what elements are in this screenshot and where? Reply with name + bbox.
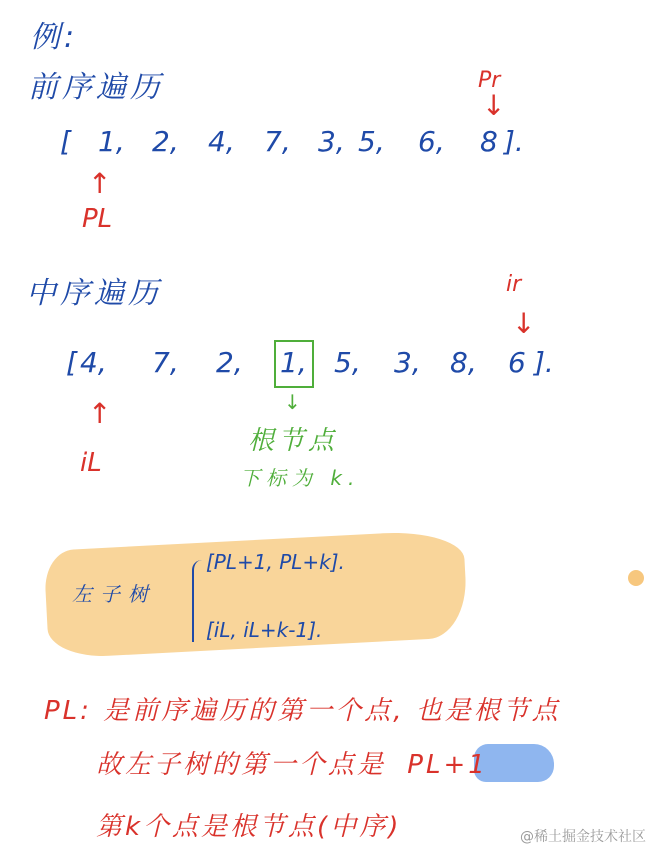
explanation-line-3: 第k个点是根节点(中序) xyxy=(96,806,401,843)
brace-icon xyxy=(192,560,202,642)
explanation-line-2-highlight: PL+1 xyxy=(407,750,488,780)
down-arrow-icon: ↓ xyxy=(284,388,301,416)
explanation-line-1: PL: 是前序遍历的第一个点, 也是根节点 xyxy=(44,690,561,727)
down-arrow-icon: ↓ xyxy=(512,310,535,338)
left-subtree-label: 左子树 xyxy=(72,578,156,607)
preorder-title: 前序遍历 xyxy=(28,62,164,106)
inorder-item: 6 xyxy=(508,346,526,379)
inorder-item-root: 1, xyxy=(280,346,307,379)
watermark: @稀土掘金技术社区 xyxy=(520,826,646,846)
preorder-item: 7, xyxy=(264,125,291,158)
preorder-item: 2, xyxy=(152,125,179,158)
preorder-bracket-open: [ xyxy=(60,125,71,158)
explanation-line-2-prefix: 故左子树的第一个点是 xyxy=(96,750,386,780)
preorder-item: 4, xyxy=(208,125,235,158)
inorder-item: 5, xyxy=(334,346,361,379)
preorder-item: 5, xyxy=(358,125,385,158)
preorder-left-pointer-label: PL xyxy=(82,204,112,234)
up-arrow-icon: ↑ xyxy=(88,170,111,198)
inorder-left-pointer-label: iL xyxy=(80,448,102,478)
preorder-item: 3, xyxy=(318,125,345,158)
inorder-bracket-close: ]. xyxy=(534,346,554,379)
inorder-item: 7, xyxy=(152,346,179,379)
inorder-item: 4, xyxy=(80,346,107,379)
example-label: 例: xyxy=(30,12,78,56)
up-arrow-icon: ↑ xyxy=(88,400,111,428)
orange-dot xyxy=(628,570,644,586)
inorder-item: 8, xyxy=(450,346,477,379)
inorder-array: [ 4, 7, 2, 1, 5, 3, 8, 6 ]. xyxy=(66,346,586,382)
preorder-bracket-close: ]. xyxy=(504,125,524,158)
root-index-note: 下标为 k. xyxy=(240,462,360,491)
preorder-array: [ 1, 2, 4, 7, 3, 5, 6, 8 ]. xyxy=(60,125,580,161)
preorder-item: 8 xyxy=(480,125,498,158)
preorder-item: 6, xyxy=(418,125,445,158)
inorder-right-pointer-label: ir xyxy=(506,272,521,297)
preorder-item: 1, xyxy=(98,125,125,158)
inorder-item: 2, xyxy=(216,346,243,379)
explanation-line-2: 故左子树的第一个点是 PL+1 xyxy=(96,744,488,781)
inorder-title: 中序遍历 xyxy=(26,268,162,312)
root-node-note: 根节点 xyxy=(248,420,338,457)
inorder-bracket-open: [ xyxy=(66,346,77,379)
left-subtree-inorder-range: [iL, iL+k-1]. xyxy=(206,618,322,642)
inorder-item: 3, xyxy=(394,346,421,379)
down-arrow-icon: ↓ xyxy=(482,92,505,120)
left-subtree-preorder-range: [PL+1, PL+k]. xyxy=(206,550,345,574)
